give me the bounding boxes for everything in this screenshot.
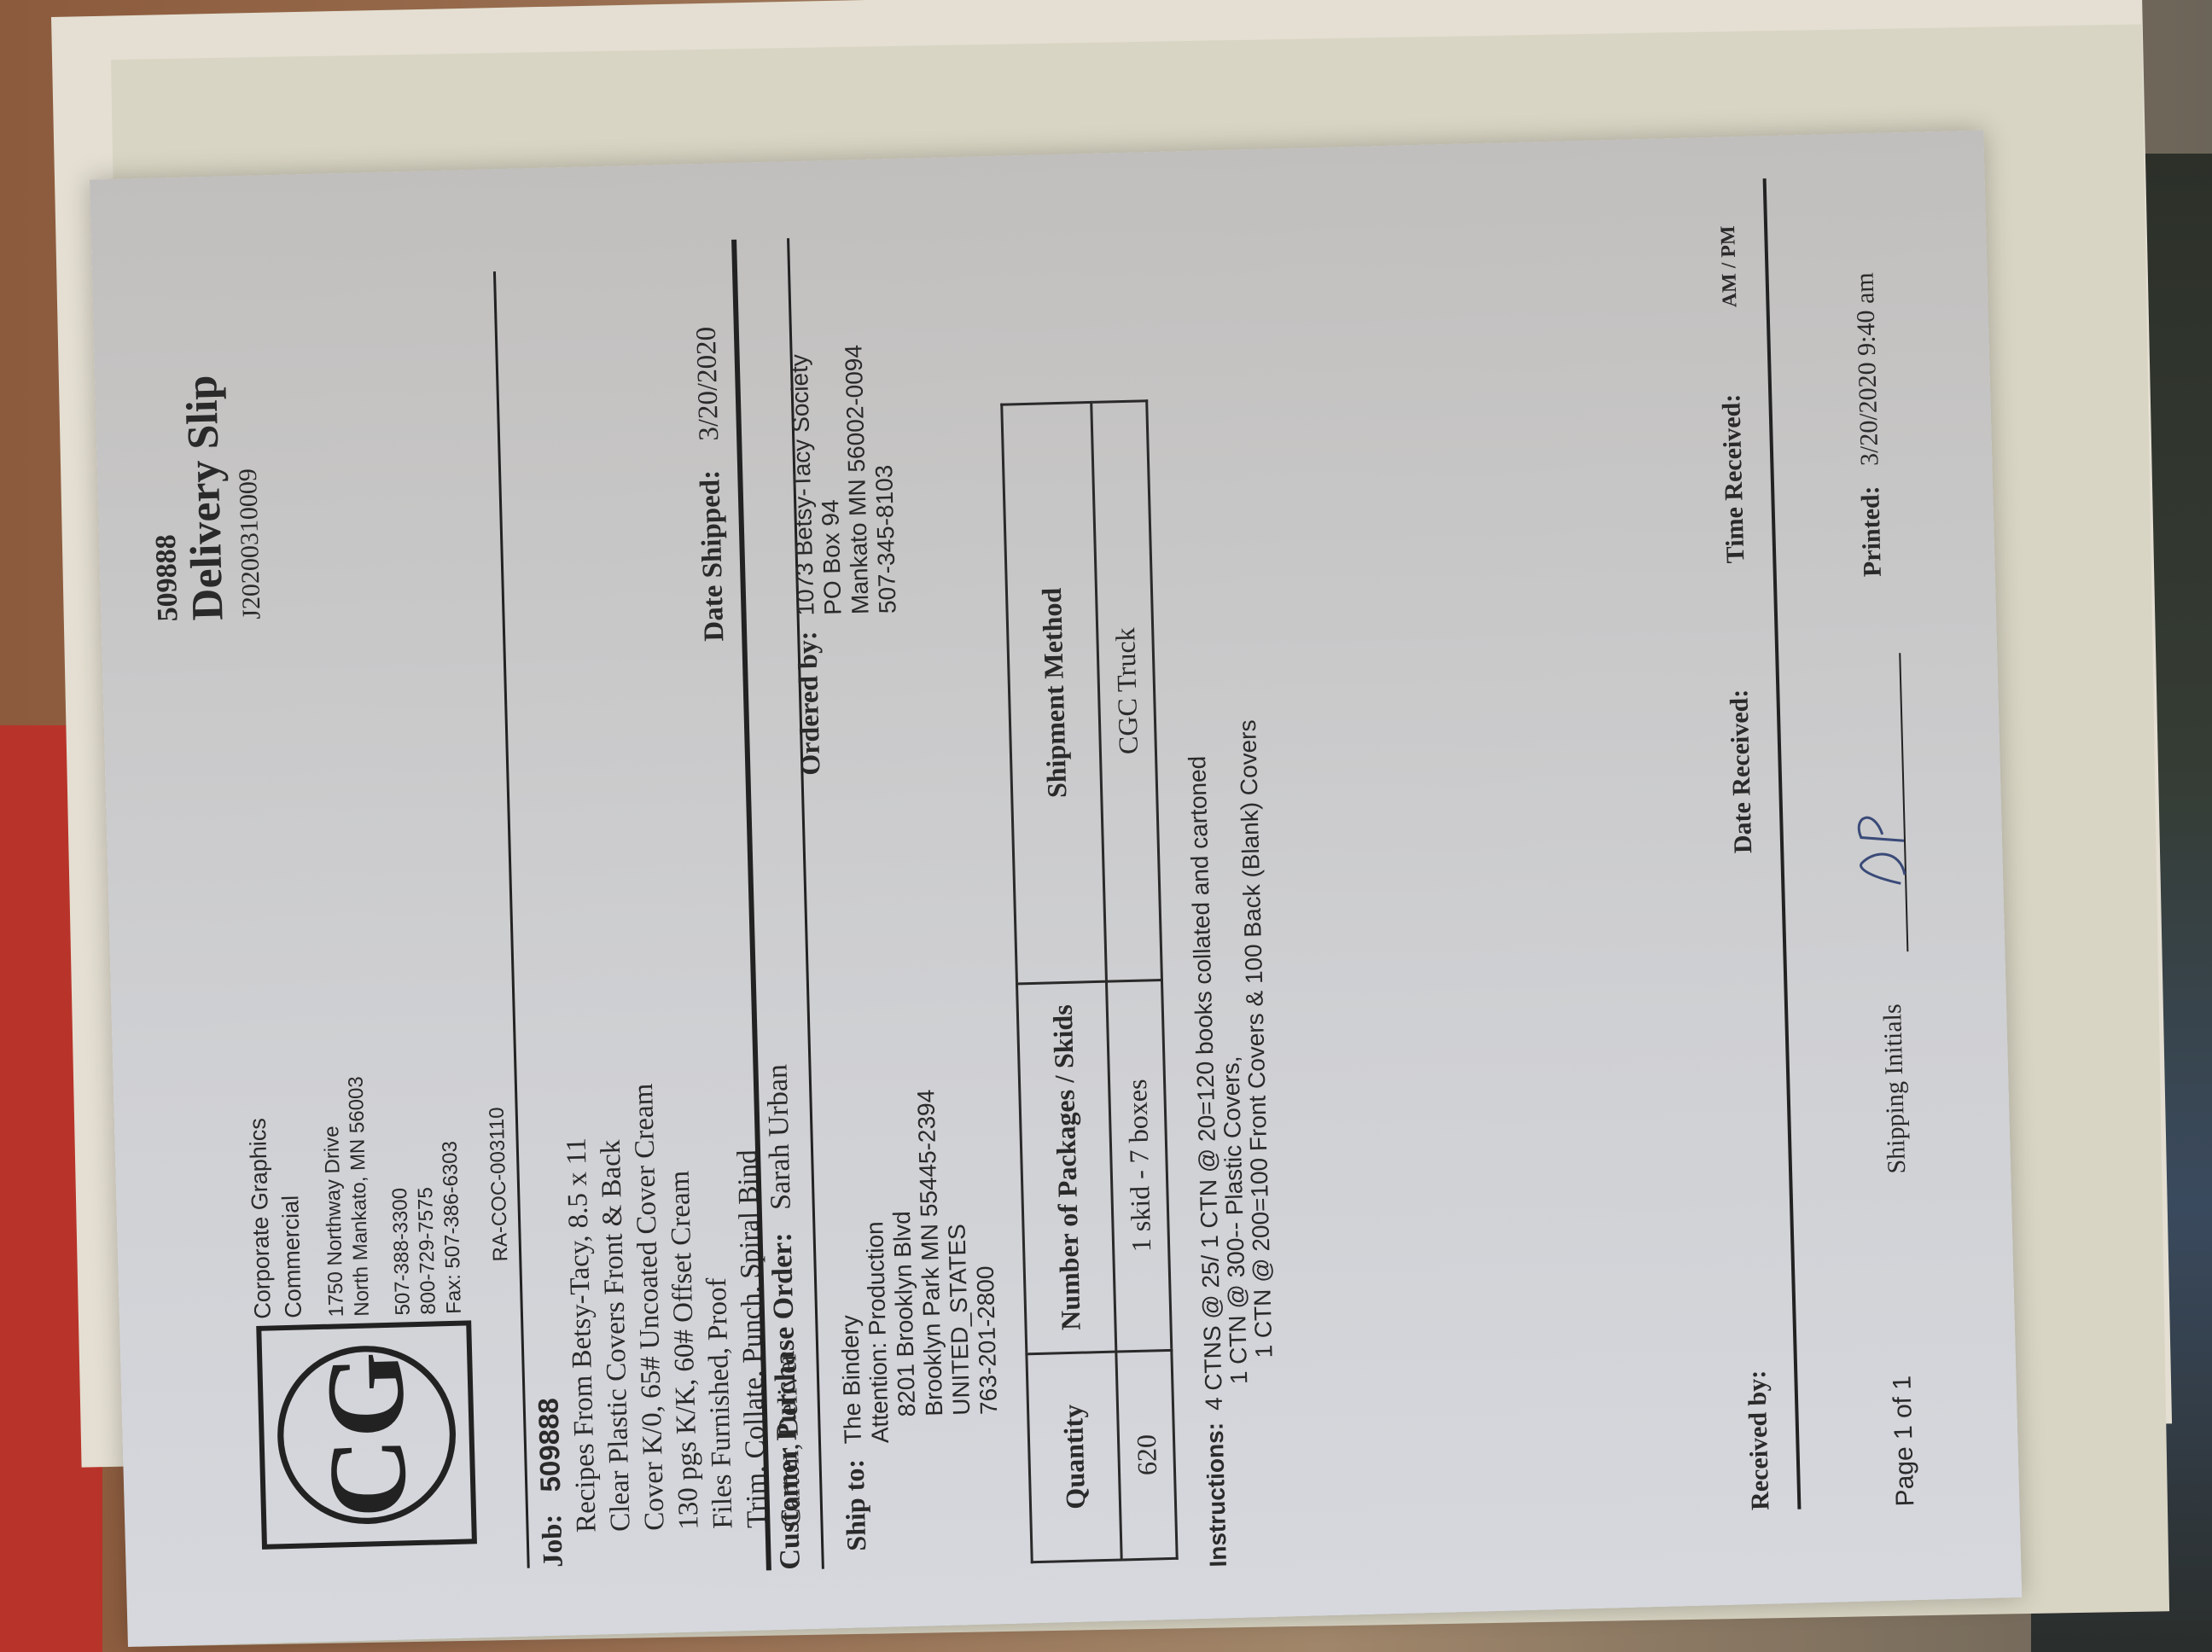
page-indicator: Page 1 of 1 [1888,1376,1920,1507]
job-number: 509888 [533,1398,567,1492]
ship-to-label: Ship to: [841,1455,1007,1551]
company-fax: Fax: 507-386-6303 [436,1073,468,1314]
ordered-by-label: Ordered by: [793,629,905,776]
delivery-slip-sheet: CG Corporate Graphics Commercial 1750 No… [90,130,2022,1647]
page-title: Delivery Slip [175,245,232,621]
slip-code: J20200310009 [228,243,267,619]
delivery-slip-document: CG Corporate Graphics Commercial 1750 No… [90,130,2022,1647]
printed-value: 3/20/2020 9:40 am [1851,272,1884,466]
column-header-quantity: Quantity [1027,1352,1121,1562]
received-by-label: Received by: [1743,1370,1775,1510]
am-pm-label: AM / PM [1717,225,1743,308]
cell-quantity: 620 [1116,1350,1177,1560]
printed-info: Printed: 3/20/2020 9:40 am [1851,272,1888,578]
printed-label: Printed: [1856,486,1887,577]
date-shipped: Date Shipped: 3/20/2020 [691,326,731,642]
date-received-label: Date Received: [1725,689,1758,853]
po-value: Sarah Urban [761,1064,796,1211]
svg-text:CG: CG [304,1351,430,1520]
time-received-label: Time Received: [1717,393,1750,563]
column-header-shipment-method: Shipment Method [1002,402,1107,983]
instructions-label: Instructions: [1202,1421,1283,1568]
date-shipped-label: Date Shipped: [695,469,730,642]
signature-line [1763,178,1802,1509]
title-block: 509888 Delivery Slip J20200310009 [143,243,266,621]
job-label: Job: [537,1514,569,1568]
cg-logo-icon: CG [256,1320,477,1550]
shipping-initials-signature [1845,695,1918,902]
ordered-by-line: 507-345-8103 [867,344,901,614]
shipment-table: Quantity Number of Packages / Skids Ship… [1000,399,1179,1563]
instructions: Instructions: 4 CTNS @ 25/ 1 CTN @ 20=12… [1184,719,1283,1568]
column-header-packages: Number of Packages / Skids [1017,981,1116,1354]
date-shipped-value: 3/20/2020 [691,326,725,441]
ship-to: Ship to: The Bindery Attention: Producti… [830,1088,1006,1551]
divider [493,271,530,1568]
cell-packages: 1 skid - 7 boxes [1106,980,1171,1352]
ordered-by: Ordered by: 1073 Betsy-Tacy Society PO B… [785,344,905,776]
ra-code: RA-COC-003110 [484,1073,515,1313]
shipping-initials-label: Shipping Initials [1878,1003,1912,1174]
company-info: Corporate Graphics Commercial 1750 North… [242,1073,515,1320]
